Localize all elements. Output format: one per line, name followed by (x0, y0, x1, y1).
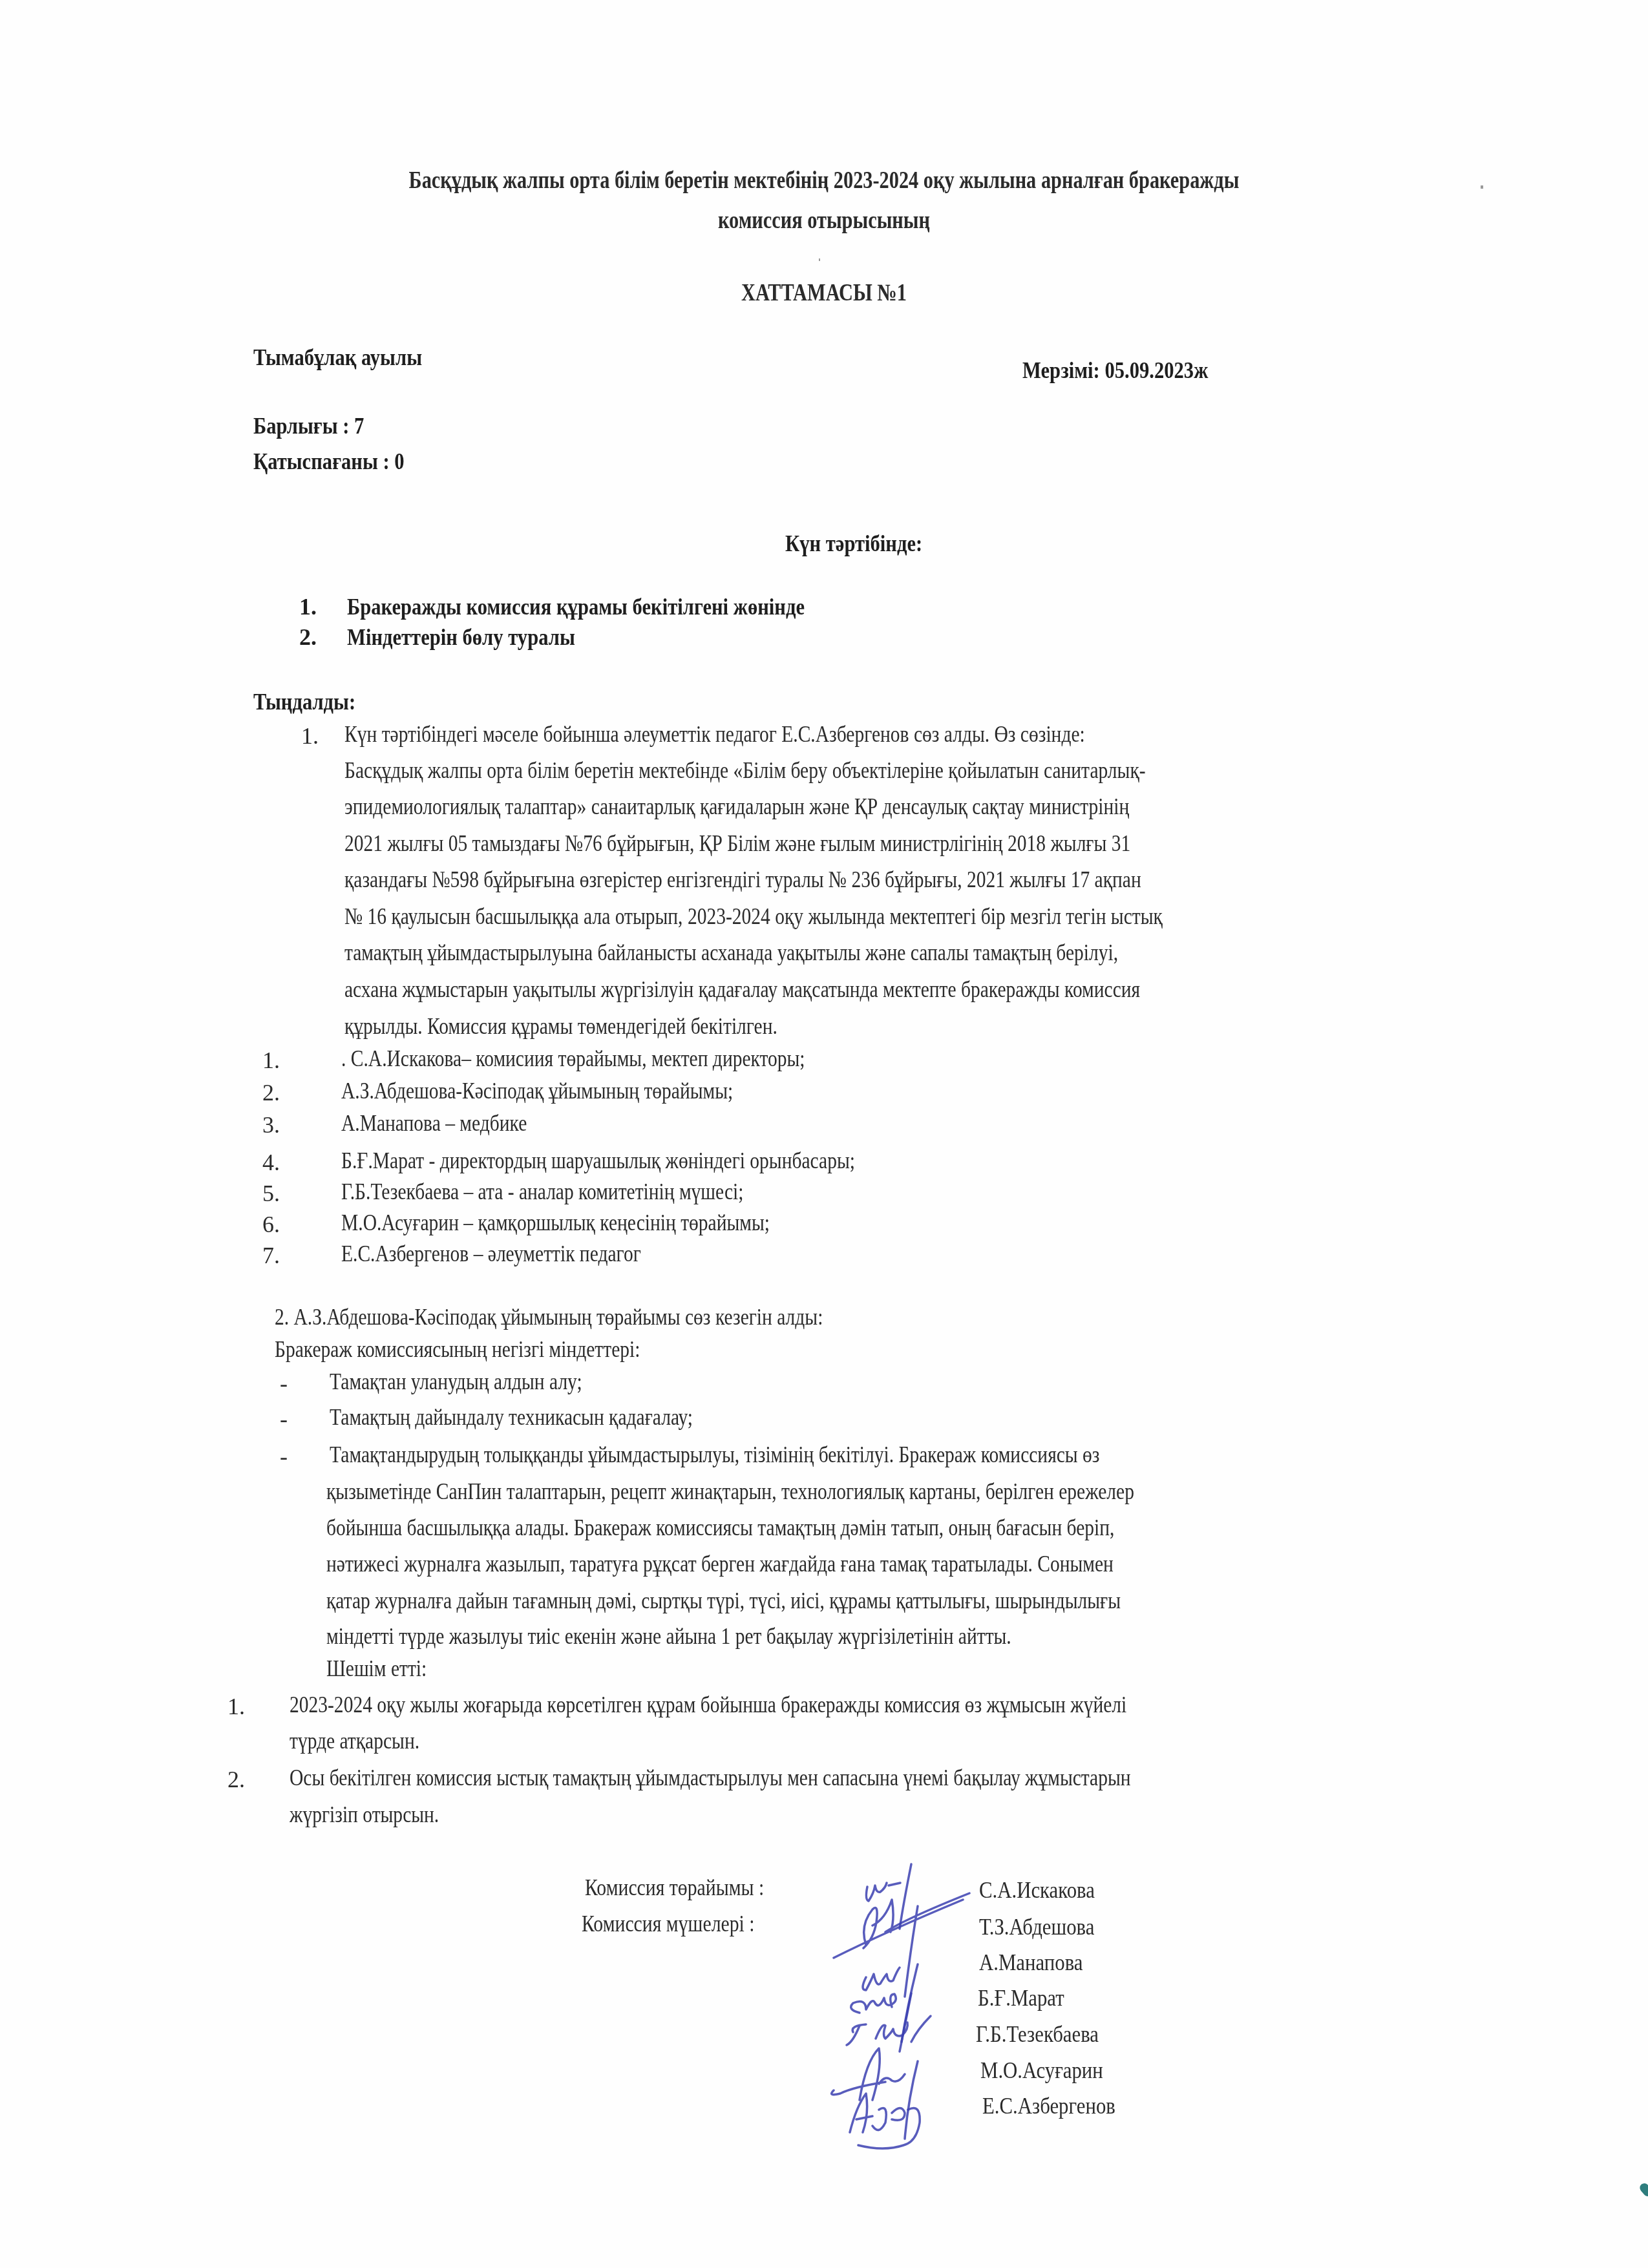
chair-label: Комиссия төрайымы : (585, 1875, 764, 1901)
member-2-number: 2. (262, 1079, 280, 1106)
heard-text-line: асхана жұмыстарын уақытылы жүргізілуін қ… (344, 972, 1140, 1006)
decision-2-number: 2. (227, 1766, 245, 1793)
member-3: А.Манапова – медбике (341, 1106, 527, 1140)
member-5: Г.Б.Тезекбаева – ата - аналар комитетіні… (341, 1175, 743, 1208)
agenda-item-2: Міндеттерін бөлу туралы (347, 624, 575, 651)
scan-mark (1638, 2181, 1648, 2198)
decision-heading: Шешім етті: (326, 1652, 427, 1685)
decision-1-number: 1. (227, 1693, 245, 1720)
members-label: Комиссия мүшелері : (582, 1911, 755, 1937)
decision-1-line: 2023-2024 оқу жылы жоғарыда көрсетілген … (290, 1688, 1126, 1721)
agenda-item-2-number: 2. (299, 624, 317, 651)
heard-item-1-number: 1. (301, 722, 319, 750)
heard-text-line: Күн тәртібіндегі мәселе бойынша әлеуметт… (344, 717, 1085, 751)
scan-speck (1481, 185, 1483, 189)
duty-1: Тамақтан уланудың алдын алу; (330, 1365, 582, 1398)
duty-3-line: қызыметінде СанПин талаптарын, рецепт жи… (326, 1475, 1134, 1508)
duty-3-line: Тамақтандырудың толыққанды ұйымдастырылу… (330, 1438, 1099, 1471)
signatory-name-3: А.Манапова (979, 1950, 1083, 1976)
signatory-name-2: Т.З.Абдешова (979, 1915, 1094, 1940)
heard-text-line: құрылды. Комиссия құрамы төмендегідей бе… (344, 1009, 777, 1043)
member-1-number: 1. (262, 1047, 280, 1074)
member-5-number: 5. (262, 1180, 280, 1207)
heard-item-2-intro: 2. А.З.Абдешова-Кәсіподақ ұйымының төрай… (275, 1300, 823, 1334)
signatory-name-1: С.А.Искакова (979, 1878, 1095, 1904)
protocol-title: ХАТТАМАСЫ №1 (149, 279, 1500, 307)
member-7-number: 7. (262, 1242, 280, 1269)
signatory-name-4: Б.Ғ.Марат (978, 1986, 1064, 2011)
duty-3-line: міндетті түрде жазылуы тиіс екенін және … (326, 1619, 1011, 1653)
date-label: Мерзімі: 05.09.2023ж (1022, 357, 1208, 384)
duty-3-line: бойынша басшылыққа алады. Бракераж комис… (326, 1511, 1114, 1544)
decision-1-line: түрде атқарсын. (290, 1724, 419, 1758)
member-3-number: 3. (262, 1111, 280, 1139)
agenda-item-1: Бракеражды комиссия құрамы бекітілгені ж… (347, 593, 805, 620)
heard-heading: Тыңдалды: (253, 688, 355, 715)
member-2: А.З.Абдешова-Кәсіподақ ұйымының төрайымы… (341, 1074, 733, 1108)
total-count: Барлығы : 7 (253, 412, 364, 439)
heard-text-line: № 16 қаулысын басшылыққа ала отырып, 202… (344, 899, 1163, 933)
member-6-number: 6. (262, 1211, 280, 1238)
duty-2: Тамақтың дайындалу техникасын қадағалау; (330, 1400, 693, 1434)
decision-2-line: жүргізіп отырсын. (290, 1798, 439, 1831)
member-6: М.О.Асуғарин – қамқоршылық кеңесінің төр… (341, 1206, 770, 1239)
member-4-number: 4. (262, 1149, 280, 1176)
duties-heading: Бракераж комиссиясының негізгі міндеттер… (275, 1332, 640, 1366)
member-7: Е.С.Азбергенов – әлеуметтік педагог (341, 1237, 641, 1270)
scan-speck (819, 258, 820, 261)
signatory-name-5: Г.Б.Тезекбаева (976, 2022, 1099, 2048)
agenda-heading: Күн тәртібінде: (785, 530, 922, 557)
heard-text-line: 2021 жылғы 05 тамыздағы №76 бұйрығын, ҚР… (344, 826, 1130, 860)
absent-count: Қатыспағаны : 0 (253, 448, 405, 475)
document-page: Басқұдық жалпы орта білім беретін мектеб… (0, 0, 1648, 2268)
document-title-line-1: Басқұдық жалпы орта білім беретін мектеб… (149, 167, 1500, 194)
heard-text-line: тамақтың ұйымдастырылуына байланысты асх… (344, 936, 1118, 969)
duty-2-bullet: - (280, 1405, 288, 1433)
document-title-line-2: комиссия отырысының (149, 207, 1500, 235)
heard-text-line: қазандағы №598 бұйрығына өзгерістер енгі… (344, 863, 1141, 896)
duty-1-bullet: - (280, 1370, 288, 1397)
duty-3-line: нәтижесі журналға жазылып, таратуға рұқс… (326, 1547, 1114, 1580)
heard-text-line: эпидемиологиялық талаптар» санаитарлық қ… (344, 790, 1129, 823)
decision-2-line: Осы бекітілген комиссия ыстық тамақтың ұ… (290, 1761, 1131, 1794)
signatory-name-6: М.О.Асуғарин (980, 2058, 1103, 2084)
agenda-item-1-number: 1. (299, 593, 317, 620)
member-4: Б.Ғ.Марат - директордың шаруашылық жөнін… (341, 1144, 855, 1177)
signatory-name-7: Е.С.Азбергенов (982, 2094, 1115, 2119)
handwritten-signatures-icon (821, 1854, 989, 2152)
member-1: . С.А.Искакова– комисиия төрайымы, мекте… (341, 1042, 805, 1075)
duty-3-bullet: - (280, 1443, 288, 1470)
duty-3-line: қатар журналға дайын тағамның дәмі, сырт… (326, 1584, 1121, 1617)
heard-text-line: Басқұдық жалпы орта білім беретін мектеб… (344, 753, 1146, 787)
location-label: Тымабұлақ ауылы (253, 344, 422, 371)
